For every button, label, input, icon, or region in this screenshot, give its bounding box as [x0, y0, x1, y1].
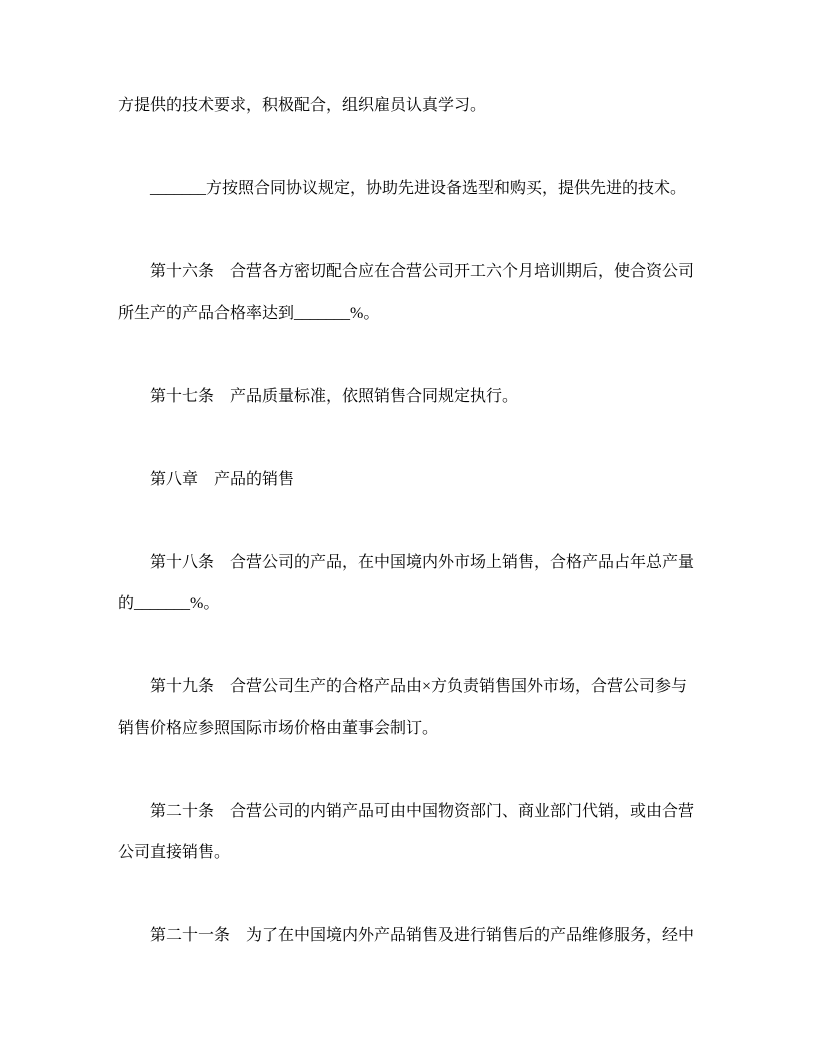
text-line: 方提供的技术要求，积极配合，组织雇员认真学习。 — [118, 85, 704, 127]
text-line: 第二十一条 为了在中国境内外产品销售及进行销售后的产品维修服务，经中 — [118, 915, 704, 957]
para-continuation-technical-requirements: 方提供的技术要求，积极配合，组织雇员认真学习。 — [118, 85, 704, 127]
clause-19: 第十九条 合营公司生产的合格产品由×方负责销售国外市场，合营公司参与销售价格应参… — [118, 666, 704, 749]
clause-21-partial: 第二十一条 为了在中国境内外产品销售及进行销售后的产品维修服务，经中 — [118, 915, 704, 957]
text-line: 第二十条 合营公司的内销产品可由中国物资部门、商业部门代销，或由合营 — [118, 791, 704, 833]
text-line: 第十六条 合营各方密切配合应在合营公司开工六个月培训期后，使合资公司 — [118, 251, 704, 293]
clause-20: 第二十条 合营公司的内销产品可由中国物资部门、商业部门代销，或由合营公司直接销售… — [118, 791, 704, 874]
text-line: _______方按照合同协议规定，协助先进设备选型和购买，提供先进的技术。 — [118, 168, 704, 210]
clause-17: 第十七条 产品质量标准，依照销售合同规定执行。 — [118, 376, 704, 418]
clause-18: 第十八条 合营公司的产品，在中国境内外市场上销售，合格产品占年总产量的_____… — [118, 542, 704, 625]
text-line: 第八章 产品的销售 — [118, 459, 704, 501]
document-page: 方提供的技术要求，积极配合，组织雇员认真学习。_______方按照合同协议规定，… — [0, 0, 816, 1056]
text-line: 第十七条 产品质量标准，依照销售合同规定执行。 — [118, 376, 704, 418]
text-line: 所生产的产品合格率达到_______%。 — [118, 293, 704, 335]
text-line: 的_______%。 — [118, 583, 704, 625]
chapter-8-heading: 第八章 产品的销售 — [118, 459, 704, 501]
text-line: 第十九条 合营公司生产的合格产品由×方负责销售国外市场，合营公司参与 — [118, 666, 704, 708]
para-blank-party-equipment-selection: _______方按照合同协议规定，协助先进设备选型和购买，提供先进的技术。 — [118, 168, 704, 210]
document-body: 方提供的技术要求，积极配合，组织雇员认真学习。_______方按照合同协议规定，… — [118, 85, 704, 998]
text-line: 公司直接销售。 — [118, 832, 704, 874]
text-line: 第十八条 合营公司的产品，在中国境内外市场上销售，合格产品占年总产量 — [118, 542, 704, 584]
text-line: 销售价格应参照国际市场价格由董事会制订。 — [118, 708, 704, 750]
clause-16: 第十六条 合营各方密切配合应在合营公司开工六个月培训期后，使合资公司所生产的产品… — [118, 251, 704, 334]
